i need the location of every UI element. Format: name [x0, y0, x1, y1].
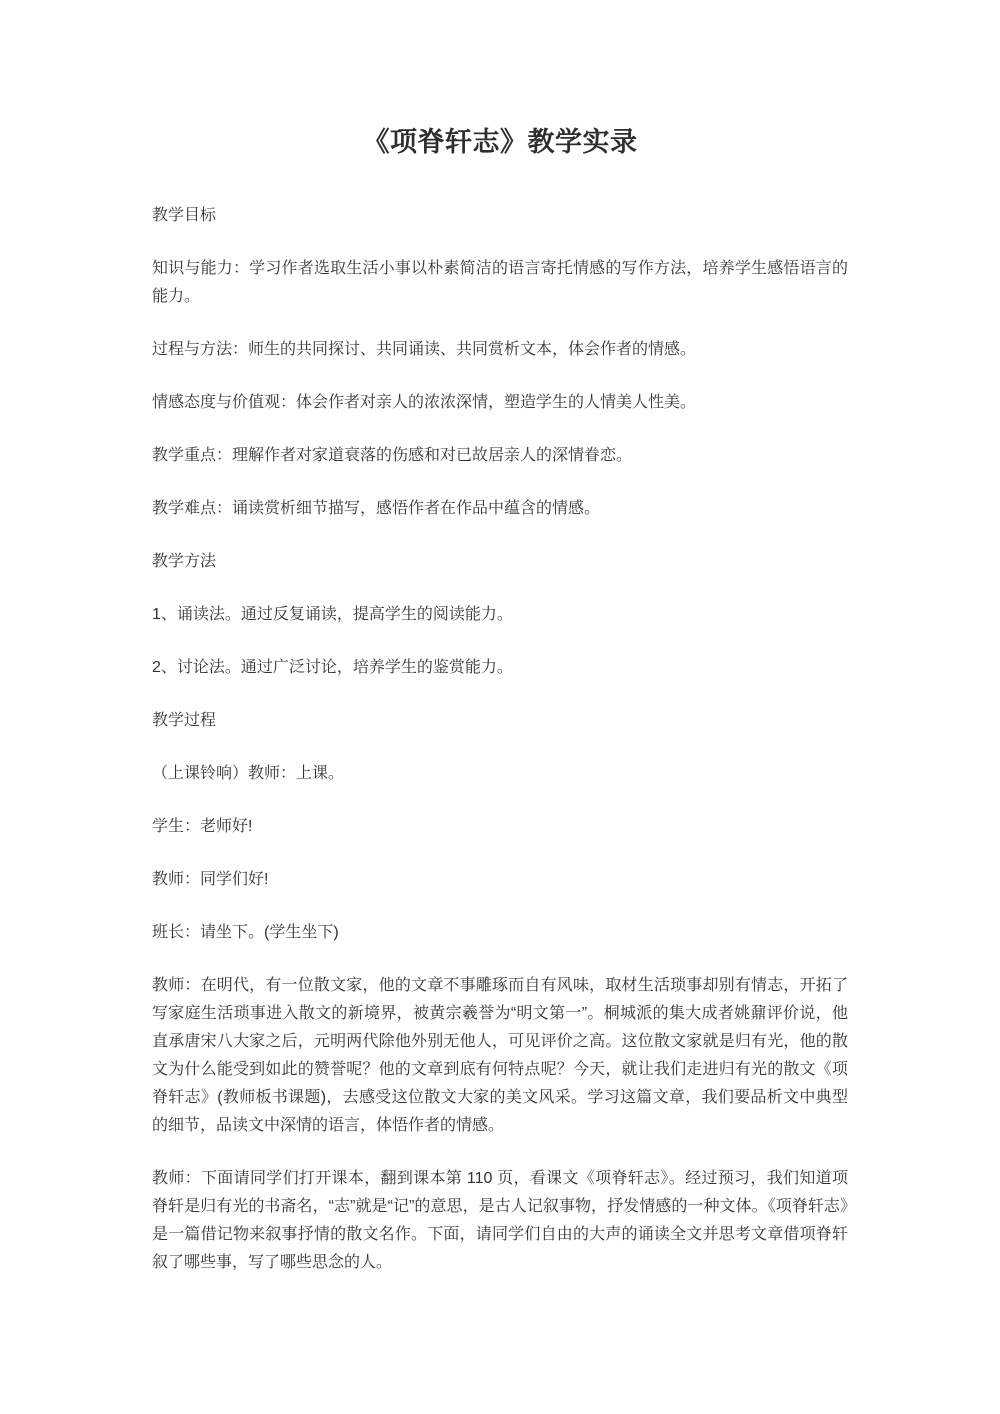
- para-teaching-focus: 教学重点：理解作者对家道衰落的伤感和对已故居亲人的深情眷恋。: [152, 442, 848, 470]
- document-page: 《项脊轩志》教学实录 教学目标 知识与能力：学习作者选取生活小事以朴素简洁的语言…: [0, 0, 1000, 1414]
- section-teaching-methods: 教学方法: [152, 548, 848, 576]
- para-teacher-greeting: 教师：同学们好!: [152, 866, 848, 894]
- para-teacher-author-intro: 教师：在明代，有一位散文家，他的文章不事雕琢而自有风味，取材生活琐事却别有情志，…: [152, 972, 848, 1140]
- page-title: 《项脊轩志》教学实录: [152, 122, 848, 162]
- para-teaching-difficulty: 教学难点：诵读赏析细节描写，感悟作者在作品中蕴含的情感。: [152, 495, 848, 523]
- para-monitor-sit-down: 班长：请坐下。(学生坐下): [152, 919, 848, 947]
- para-method-recitation: 1、诵读法。通过反复诵读，提高学生的阅读能力。: [152, 601, 848, 629]
- para-process-method: 过程与方法：师生的共同探讨、共同诵读、共同赏析文本，体会作者的情感。: [152, 336, 848, 364]
- para-students-greeting: 学生：老师好!: [152, 813, 848, 841]
- para-bell-rings: （上课铃响）教师：上课。: [152, 760, 848, 788]
- para-emotion-values: 情感态度与价值观：体会作者对亲人的浓浓深情，塑造学生的人情美人性美。: [152, 389, 848, 417]
- section-teaching-process: 教学过程: [152, 707, 848, 735]
- para-knowledge-ability: 知识与能力：学习作者选取生活小事以朴素简洁的语言寄托情感的写作方法，培养学生感悟…: [152, 255, 848, 311]
- section-teaching-objectives: 教学目标: [152, 202, 848, 230]
- para-method-discussion: 2、讨论法。通过广泛讨论，培养学生的鉴赏能力。: [152, 654, 848, 682]
- para-teacher-open-textbook: 教师：下面请同学们打开课本，翻到课本第 110 页，看课文《项脊轩志》。经过预习…: [152, 1165, 848, 1277]
